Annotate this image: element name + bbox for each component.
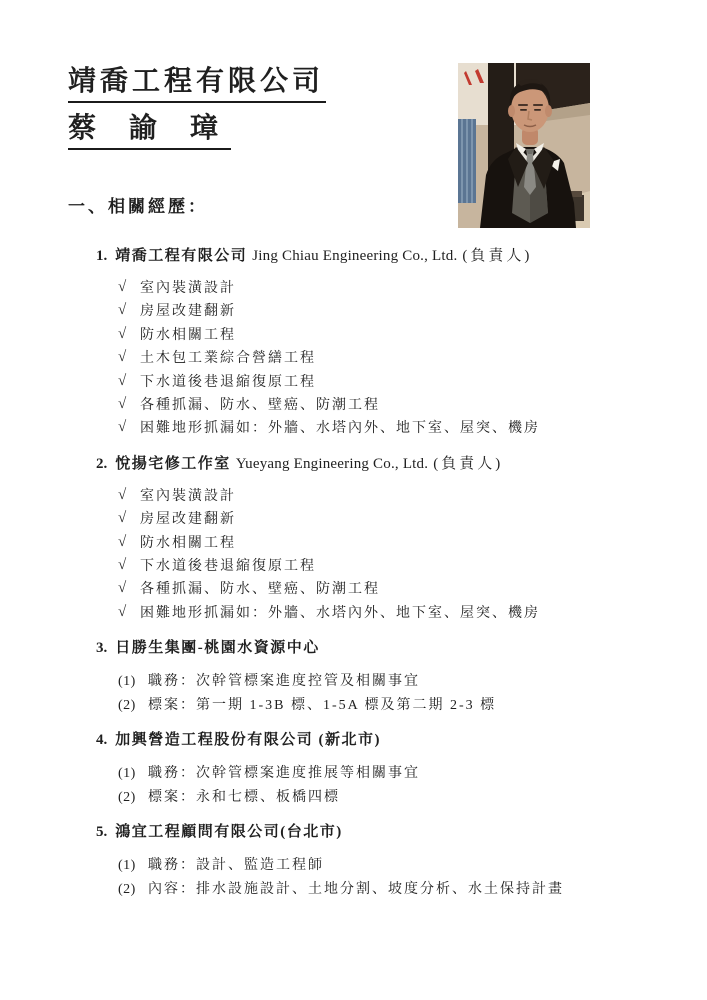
check-icon: √ bbox=[118, 370, 140, 392]
experience-detail-label: (2) bbox=[118, 786, 148, 809]
check-icon: √ bbox=[118, 299, 140, 321]
experience-bullet-row: √室內裝潢設計 bbox=[118, 277, 648, 300]
experience-heading: 2.悅揚宅修工作室Yueyang Engineering Co., Ltd.(負… bbox=[96, 454, 648, 474]
experience-title-suffix: (負責人) bbox=[462, 248, 532, 264]
experience-detail-text: 職務：次幹管標案進度控管及相關事宜 bbox=[148, 674, 420, 689]
experience-number: 5. bbox=[96, 824, 107, 840]
experience-bullet-row: √防水相關工程 bbox=[118, 324, 648, 347]
experience-bullet-row: √土木包工業綜合營繕工程 bbox=[118, 347, 648, 370]
experience-number: 3. bbox=[96, 640, 107, 656]
check-icon: √ bbox=[118, 276, 140, 298]
company-title-row: 靖喬工程有限公司 bbox=[68, 64, 326, 103]
experience-detail-row: (2)標案：永和七標、板橋四標 bbox=[118, 785, 648, 809]
experience-bullet-row: √困難地形抓漏如：外牆、水塔內外、地下室、屋突、機房 bbox=[118, 417, 648, 440]
experience-bullet-text: 室內裝潢設計 bbox=[140, 489, 236, 504]
experience-heading: 1.靖喬工程有限公司Jing Chiau Engineering Co., Lt… bbox=[96, 246, 648, 266]
experience-detail-label: (2) bbox=[118, 878, 148, 901]
experience-bullet-row: √各種抓漏、防水、壁癌、防潮工程 bbox=[118, 578, 648, 601]
experience-item: 4.加興營造工程股份有限公司 (新北市)(1)職務：次幹管標案進度推展等相關事宜… bbox=[96, 730, 648, 809]
experience-title-zh: 鴻宜工程顧問有限公司(台北市) bbox=[115, 824, 343, 840]
experience-number: 2. bbox=[96, 456, 107, 472]
experience-bullet-row: √房屋改建翻新 bbox=[118, 300, 648, 323]
check-icon: √ bbox=[118, 601, 140, 623]
experience-bullet-text: 室內裝潢設計 bbox=[140, 281, 236, 296]
section-heading-experience: 一、相關經歷： bbox=[68, 196, 648, 218]
experience-list: 1.靖喬工程有限公司Jing Chiau Engineering Co., Lt… bbox=[96, 246, 648, 901]
person-name-row: 蔡 諭 璋 bbox=[68, 103, 326, 150]
experience-bullet-list: √室內裝潢設計√房屋改建翻新√防水相關工程√土木包工業綜合營繕工程√下水道後巷退… bbox=[96, 277, 648, 441]
experience-bullet-row: √防水相關工程 bbox=[118, 532, 648, 555]
experience-bullet-list: √室內裝潢設計√房屋改建翻新√防水相關工程√下水道後巷退縮復原工程√各種抓漏、防… bbox=[96, 485, 648, 625]
check-icon: √ bbox=[118, 531, 140, 553]
check-icon: √ bbox=[118, 577, 140, 599]
experience-detail-row: (1)職務：次幹管標案進度推展等相關事宜 bbox=[118, 761, 648, 785]
experience-bullet-row: √下水道後巷退縮復原工程 bbox=[118, 555, 648, 578]
person-name: 蔡 諭 璋 bbox=[68, 111, 231, 150]
experience-bullet-row: √室內裝潢設計 bbox=[118, 485, 648, 508]
check-icon: √ bbox=[118, 554, 140, 576]
experience-bullet-text: 困難地形抓漏如：外牆、水塔內外、地下室、屋突、機房 bbox=[140, 421, 540, 436]
experience-item: 3.日勝生集團-桃園水資源中心(1)職務：次幹管標案進度控管及相關事宜(2)標案… bbox=[96, 638, 648, 717]
experience-bullet-row: √房屋改建翻新 bbox=[118, 508, 648, 531]
experience-detail-list: (1)職務：設計、監造工程師(2)內容：排水設施設計、土地分割、坡度分析、水土保… bbox=[96, 853, 648, 901]
experience-detail-text: 標案：第一期 1-3B 標、1-5A 標及第二期 2-3 標 bbox=[148, 698, 496, 713]
check-icon: √ bbox=[118, 346, 140, 368]
experience-detail-row: (1)職務：次幹管標案進度控管及相關事宜 bbox=[118, 669, 648, 693]
experience-detail-row: (1)職務：設計、監造工程師 bbox=[118, 853, 648, 877]
experience-title-zh: 加興營造工程股份有限公司 (新北市) bbox=[115, 732, 381, 748]
experience-number: 4. bbox=[96, 732, 107, 748]
experience-detail-text: 標案：永和七標、板橋四標 bbox=[148, 790, 340, 805]
experience-detail-list: (1)職務：次幹管標案進度推展等相關事宜(2)標案：永和七標、板橋四標 bbox=[96, 761, 648, 809]
experience-bullet-text: 房屋改建翻新 bbox=[140, 512, 236, 527]
experience-bullet-row: √困難地形抓漏如：外牆、水塔內外、地下室、屋突、機房 bbox=[118, 602, 648, 625]
experience-detail-label: (2) bbox=[118, 694, 148, 717]
experience-detail-list: (1)職務：次幹管標案進度控管及相關事宜(2)標案：第一期 1-3B 標、1-5… bbox=[96, 669, 648, 717]
check-icon: √ bbox=[118, 507, 140, 529]
experience-title-zh: 靖喬工程有限公司 bbox=[115, 248, 247, 264]
experience-detail-row: (2)內容：排水設施設計、土地分割、坡度分析、水土保持計畫 bbox=[118, 877, 648, 901]
experience-number: 1. bbox=[96, 248, 107, 264]
experience-bullet-text: 房屋改建翻新 bbox=[140, 304, 236, 319]
document-body: 一、相關經歷： 1.靖喬工程有限公司Jing Chiau Engineering… bbox=[68, 196, 648, 914]
experience-detail-label: (1) bbox=[118, 854, 148, 877]
experience-bullet-text: 下水道後巷退縮復原工程 bbox=[140, 375, 316, 390]
experience-title-en: Yueyang Engineering Co., Ltd. bbox=[236, 456, 428, 472]
experience-heading: 3.日勝生集團-桃園水資源中心 bbox=[96, 638, 648, 658]
experience-bullet-text: 各種抓漏、防水、壁癌、防潮工程 bbox=[140, 398, 380, 413]
experience-bullet-text: 下水道後巷退縮復原工程 bbox=[140, 559, 316, 574]
experience-title-en: Jing Chiau Engineering Co., Ltd. bbox=[252, 248, 457, 264]
check-icon: √ bbox=[118, 393, 140, 415]
experience-title-zh: 悅揚宅修工作室 bbox=[115, 456, 231, 472]
experience-detail-label: (1) bbox=[118, 762, 148, 785]
resume-page: 靖喬工程有限公司 蔡 諭 璋 bbox=[0, 0, 707, 1000]
experience-item: 2.悅揚宅修工作室Yueyang Engineering Co., Ltd.(負… bbox=[96, 454, 648, 625]
experience-heading: 5.鴻宜工程顧問有限公司(台北市) bbox=[96, 822, 648, 842]
experience-item: 5.鴻宜工程顧問有限公司(台北市)(1)職務：設計、監造工程師(2)內容：排水設… bbox=[96, 822, 648, 901]
check-icon: √ bbox=[118, 484, 140, 506]
experience-detail-label: (1) bbox=[118, 670, 148, 693]
experience-detail-text: 內容：排水設施設計、土地分割、坡度分析、水土保持計畫 bbox=[148, 882, 564, 897]
experience-title-suffix: (負責人) bbox=[433, 456, 503, 472]
experience-bullet-text: 困難地形抓漏如：外牆、水塔內外、地下室、屋突、機房 bbox=[140, 606, 540, 621]
experience-bullet-text: 土木包工業綜合營繕工程 bbox=[140, 351, 316, 366]
experience-item: 1.靖喬工程有限公司Jing Chiau Engineering Co., Lt… bbox=[96, 246, 648, 441]
experience-detail-row: (2)標案：第一期 1-3B 標、1-5A 標及第二期 2-3 標 bbox=[118, 693, 648, 717]
experience-bullet-row: √下水道後巷退縮復原工程 bbox=[118, 371, 648, 394]
experience-title-zh: 日勝生集團-桃園水資源中心 bbox=[115, 640, 320, 656]
experience-bullet-text: 各種抓漏、防水、壁癌、防潮工程 bbox=[140, 582, 380, 597]
experience-bullet-text: 防水相關工程 bbox=[140, 328, 236, 343]
experience-heading: 4.加興營造工程股份有限公司 (新北市) bbox=[96, 730, 648, 750]
check-icon: √ bbox=[118, 416, 140, 438]
company-title: 靖喬工程有限公司 bbox=[68, 64, 326, 103]
experience-bullet-text: 防水相關工程 bbox=[140, 536, 236, 551]
check-icon: √ bbox=[118, 323, 140, 345]
experience-detail-text: 職務：設計、監造工程師 bbox=[148, 858, 324, 873]
document-header: 靖喬工程有限公司 蔡 諭 璋 bbox=[68, 64, 326, 150]
experience-detail-text: 職務：次幹管標案進度推展等相關事宜 bbox=[148, 766, 420, 781]
experience-bullet-row: √各種抓漏、防水、壁癌、防潮工程 bbox=[118, 394, 648, 417]
